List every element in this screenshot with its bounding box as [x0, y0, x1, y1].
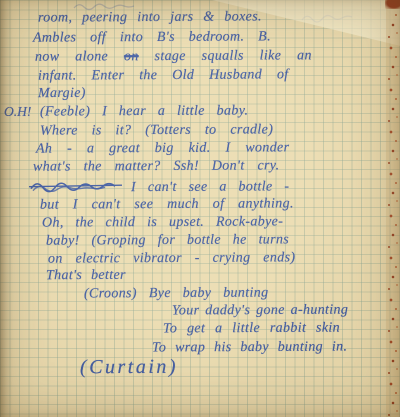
manuscript-line-3: now alone on stage squalls like an — [35, 48, 312, 65]
speaker-label: O.H! — [4, 104, 31, 120]
line-3-pre: now alone — [35, 49, 108, 64]
line-16-text: Bye baby bunting — [149, 286, 269, 302]
manuscript-line-16: (Croons)Bye baby bunting — [84, 286, 269, 303]
line-3-struck-word: on — [124, 49, 139, 64]
ink-bleedthrough-marks — [300, 12, 362, 24]
manuscript-line-12: Oh, the child is upset. Rock-abye- — [42, 214, 283, 231]
scribbled-out-word — [28, 178, 124, 195]
stage-direction-croons: (Croons) — [84, 286, 137, 301]
fore-edge-red-blotch — [385, 0, 400, 9]
manuscript-line-15: That's better — [46, 268, 126, 284]
manuscript-line-10: I can't see a bottle - — [28, 177, 289, 196]
manuscript-line-6: (Feeble) I hear a little baby. — [40, 103, 248, 120]
manuscript-line-9: what's the matter? Ssh! Don't cry. — [33, 158, 280, 175]
manuscript-line-14: on electric vibrator - crying ends) — [48, 250, 295, 267]
line-10-text: I can't see a bottle - — [131, 179, 289, 195]
manuscript-line-20: (Curtain) — [80, 356, 178, 380]
manuscript-line-2: Ambles off into B's bedroom. B. — [33, 29, 271, 46]
manuscript-line-4: infant. Enter the Old Husband of — [38, 67, 289, 84]
manuscript-line-8: Ah - a great big kid. I wonder — [36, 140, 289, 157]
page-fore-edge-speckles — [386, 0, 400, 417]
manuscript-line-18: To get a little rabbit skin — [163, 321, 340, 338]
notebook-page: O.H! room, peering into jars & boxes. Am… — [0, 0, 400, 417]
manuscript-line-5: Margie) — [38, 86, 86, 102]
manuscript-line-19: To wrap his baby bunting in. — [152, 339, 347, 356]
manuscript-line-11: but I can't see much of anything. — [40, 196, 294, 213]
manuscript-line-1: room, peering into jars & boxes. — [38, 9, 262, 26]
manuscript-line-17: Your daddy's gone a-hunting — [172, 303, 348, 320]
page-gutter-shadow — [0, 0, 13, 417]
manuscript-line-13: baby! (Groping for bottle he turns — [46, 232, 289, 249]
line-3-post: stage squalls like an — [154, 48, 311, 64]
manuscript-line-7: Where is it? (Totters to cradle) — [40, 122, 273, 139]
